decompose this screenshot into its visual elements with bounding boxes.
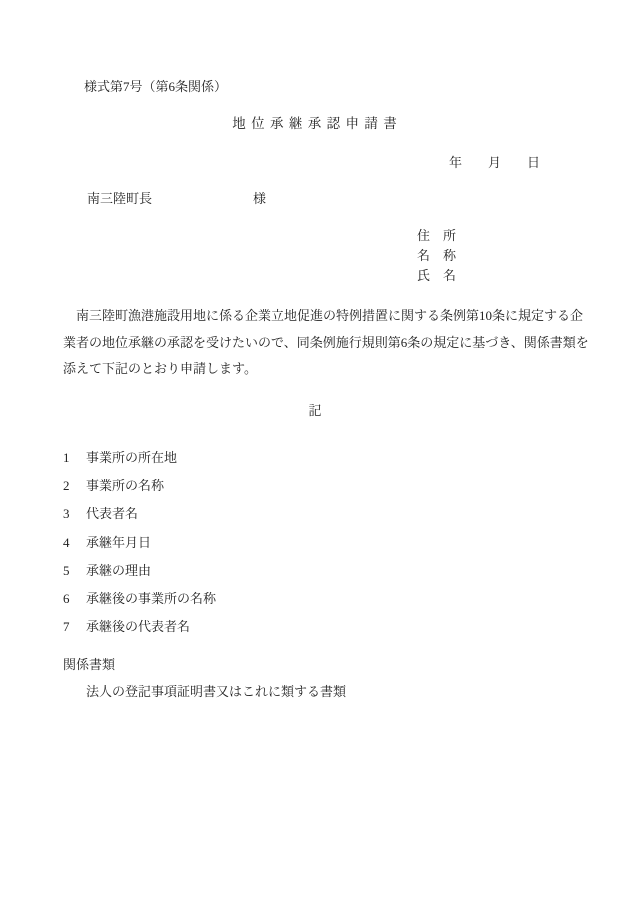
attachment-item: 法人の登記事項証明書又はこれに類する書類	[86, 685, 346, 698]
item-number: 1	[63, 451, 86, 464]
item-label: 事業所の名称	[86, 478, 164, 493]
item-number: 7	[63, 620, 86, 633]
document-title: 地 位 承 継 承 認 申 請 書	[0, 117, 630, 131]
list-item: 7承継後の代表者名	[63, 620, 190, 633]
addressee-honorific: 様	[253, 192, 266, 205]
form-number: 様式第7号（第6条関係）	[84, 80, 227, 93]
list-item: 2事業所の名称	[63, 479, 164, 492]
body-paragraph-line: 南三陸町漁港施設用地に係る企業立地促進の特例措置に関する条例第10条に規定する企	[63, 309, 583, 322]
attachments-heading: 関係書類	[63, 658, 115, 671]
item-number: 4	[63, 536, 86, 549]
list-item: 3代表者名	[63, 507, 138, 520]
applicant-address-label: 住 所	[417, 229, 456, 249]
applicant-person-name-label: 氏 名	[417, 269, 456, 289]
document-page: 様式第7号（第6条関係） 地 位 承 継 承 認 申 請 書 年 月 日 南三陸…	[0, 0, 630, 903]
list-item: 1事業所の所在地	[63, 451, 177, 464]
addressee: 南三陸町長 様	[87, 192, 152, 205]
record-marker: 記	[0, 404, 630, 417]
item-number: 6	[63, 592, 86, 605]
item-label: 承継後の代表者名	[86, 619, 190, 634]
item-label: 事業所の所在地	[86, 450, 177, 465]
body-paragraph-line: 業者の地位承継の承認を受けたいので、同条例施行規則第6条の規定に基づき、関係書類…	[63, 336, 589, 349]
applicant-block: 住 所 名 称 氏 名	[417, 229, 456, 289]
item-number: 5	[63, 564, 86, 577]
item-number: 2	[63, 479, 86, 492]
date-line: 年 月 日	[0, 156, 540, 169]
item-label: 承継の理由	[86, 563, 151, 578]
addressee-name: 南三陸町長	[87, 191, 152, 206]
list-item: 6承継後の事業所の名称	[63, 592, 216, 605]
applicant-company-name-label: 名 称	[417, 249, 456, 269]
item-label: 承継年月日	[86, 535, 151, 550]
item-label: 代表者名	[86, 506, 138, 521]
list-item: 4承継年月日	[63, 536, 151, 549]
body-paragraph-line: 添えて下記のとおり申請します。	[63, 362, 257, 375]
list-item: 5承継の理由	[63, 564, 151, 577]
item-number: 3	[63, 507, 86, 520]
item-label: 承継後の事業所の名称	[86, 591, 216, 606]
